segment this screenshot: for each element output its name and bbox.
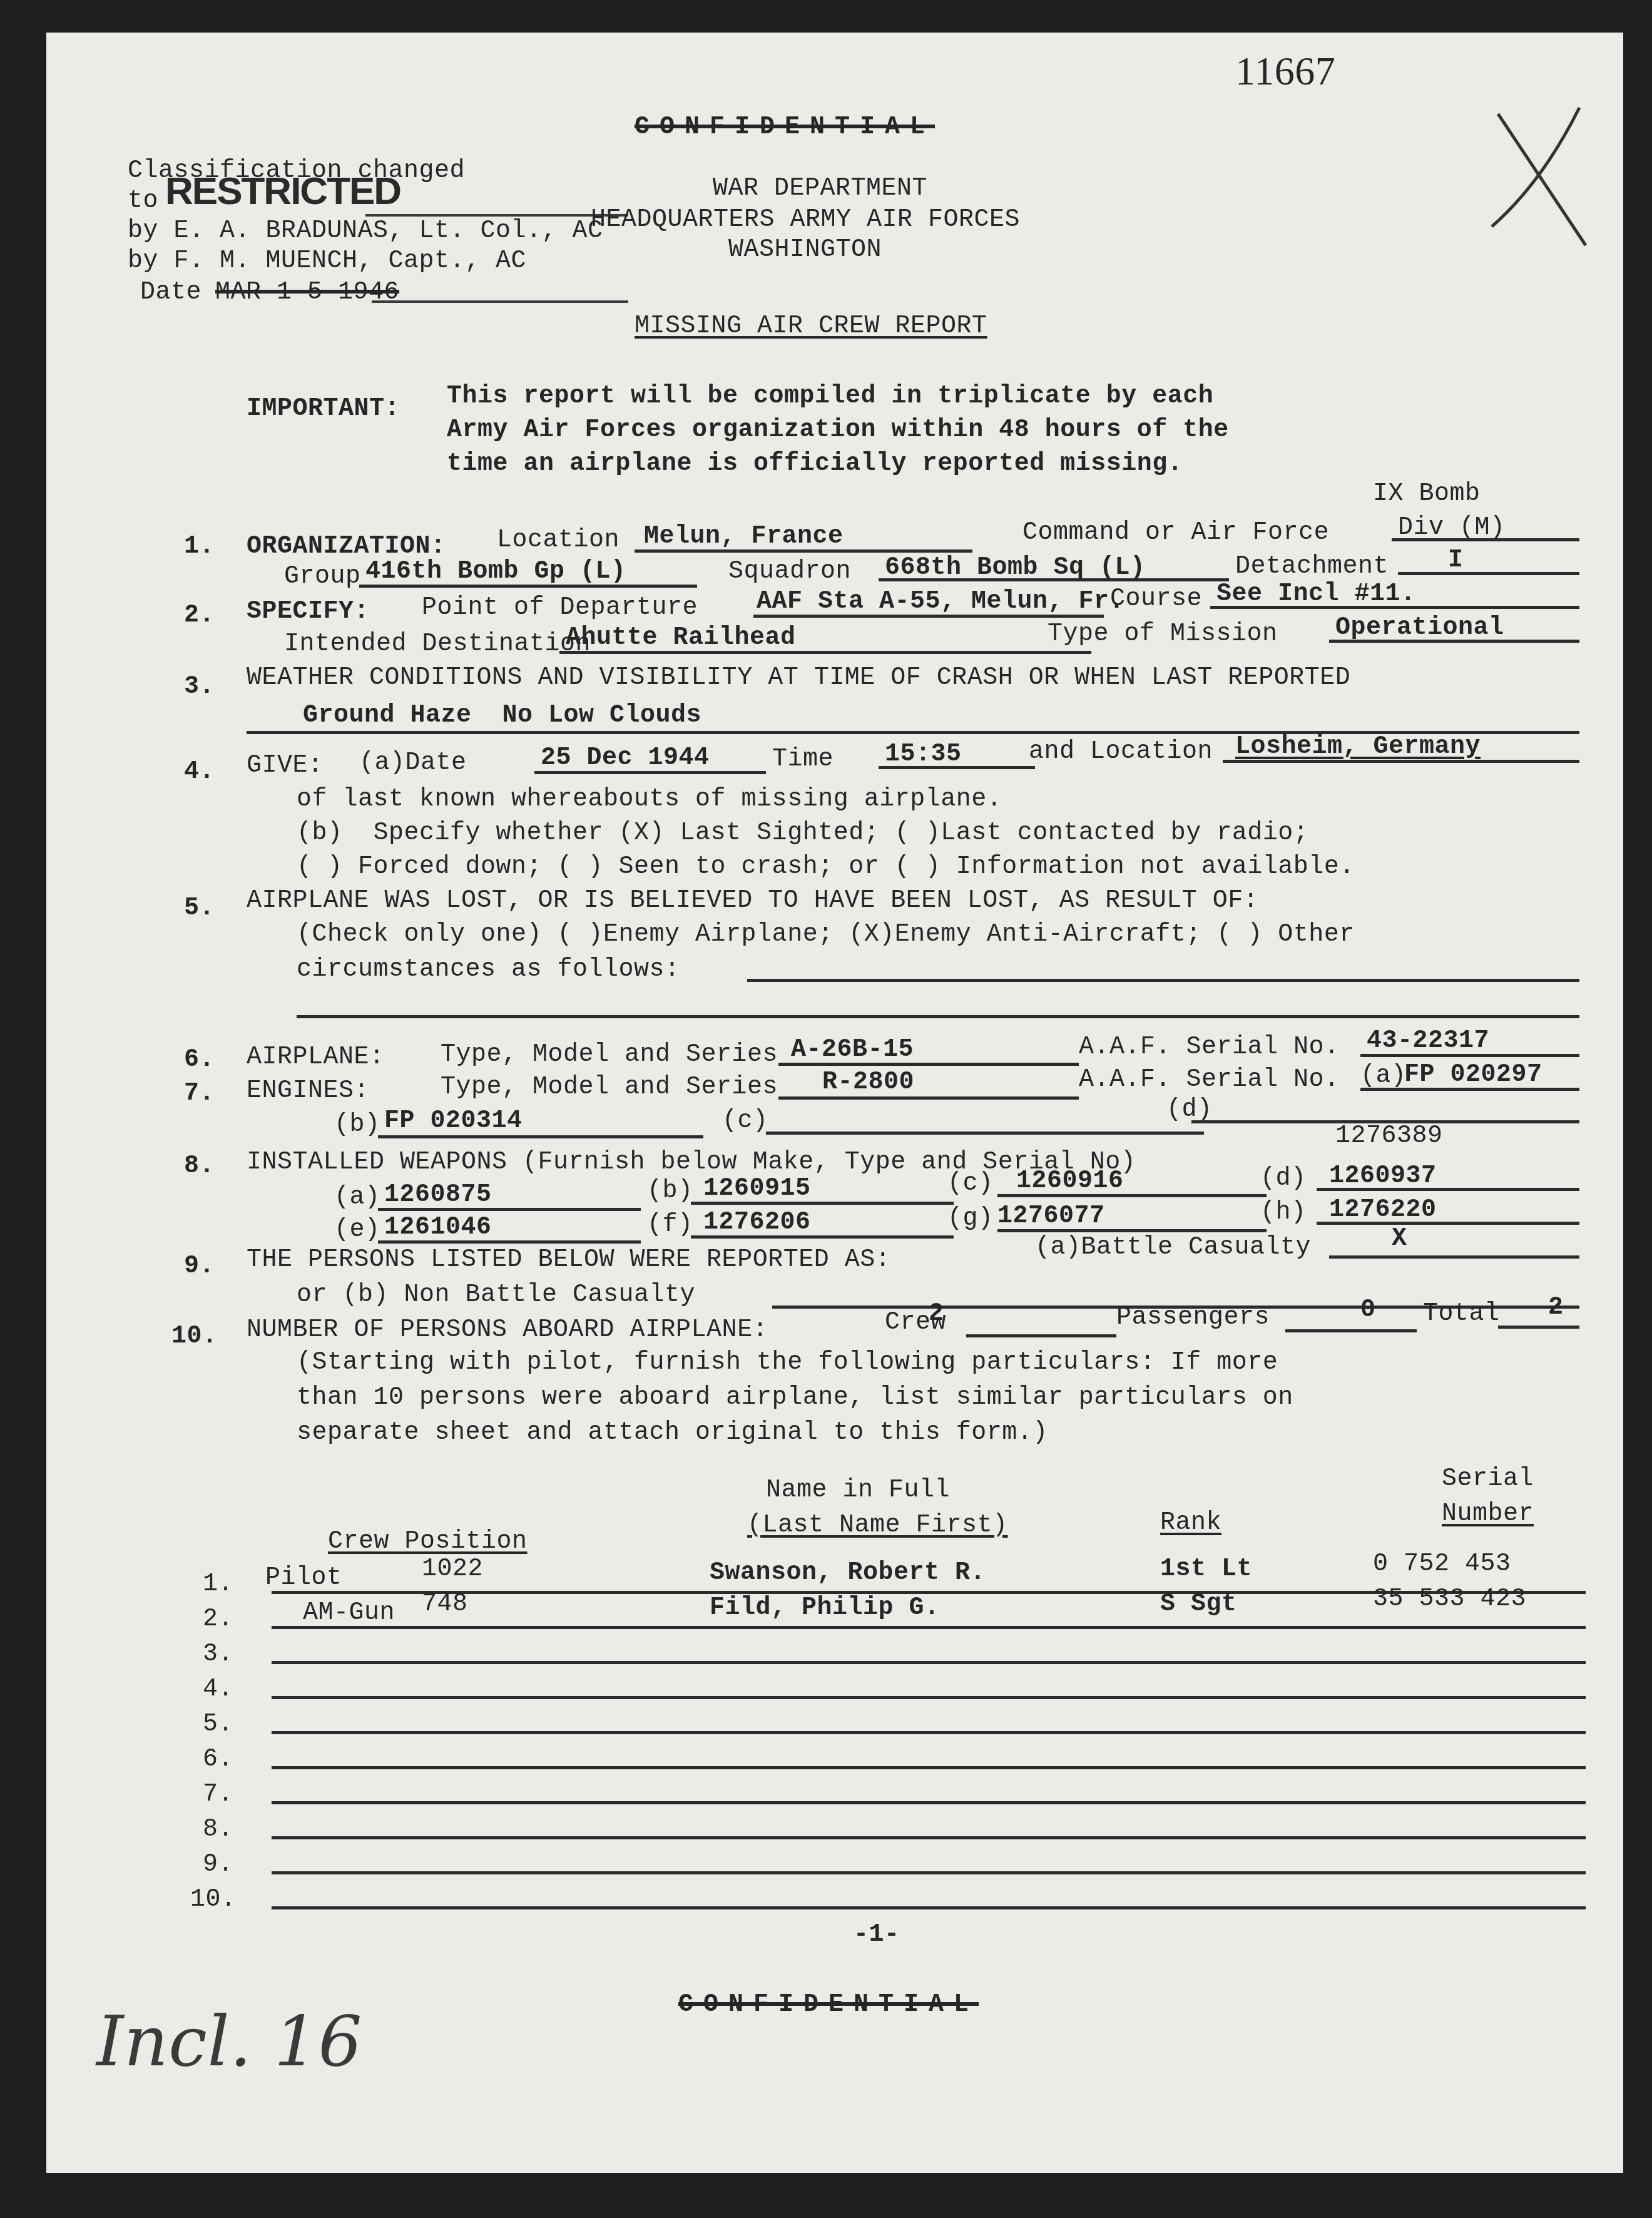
detachment-label: Detachment xyxy=(1235,553,1389,581)
weapon-f-field[interactable]: 1276206 xyxy=(703,1209,811,1237)
item-6-number: 6. xyxy=(184,1046,215,1074)
crew-row-line xyxy=(272,1871,1586,1874)
engines-label: ENGINES: xyxy=(247,1078,369,1105)
handwritten-x-mark-icon xyxy=(1486,95,1598,258)
important-line-3: time an airplane is officially reported … xyxy=(447,451,1183,478)
squadron-label: Squadron xyxy=(728,558,851,586)
airplane-serial-field[interactable]: 43-22317 xyxy=(1367,1028,1489,1055)
passengers-count-field[interactable]: 0 xyxy=(1360,1297,1376,1324)
engine-c-label: (c) xyxy=(722,1108,768,1135)
weapon-c-field[interactable]: 1260916 xyxy=(1016,1168,1124,1195)
crew-row-number: 7. xyxy=(203,1781,233,1809)
crew-code-field[interactable]: 748 xyxy=(422,1591,468,1618)
crew-serial-field[interactable]: 0 752 453 xyxy=(1373,1551,1511,1578)
crew-row-line xyxy=(272,1661,1586,1664)
crew-serial-field[interactable]: 35 533 423 xyxy=(1373,1586,1526,1613)
course-field[interactable]: See Incl #11. xyxy=(1216,581,1416,608)
departure-field[interactable]: AAF Sta A-55, Melun, Fr. xyxy=(757,588,1124,616)
item-4-number: 4. xyxy=(184,759,215,786)
non-battle-casualty-label: or (b) Non Battle Casualty xyxy=(297,1282,695,1309)
weapon-b-field[interactable]: 1260915 xyxy=(703,1175,811,1203)
item-7-number: 7. xyxy=(184,1080,215,1108)
crew-name-field[interactable]: Swanson, Robert R. xyxy=(710,1560,986,1587)
important-line-2: Army Air Forces organization within 48 h… xyxy=(447,417,1229,444)
destination-field[interactable]: Ahutte Railhead xyxy=(566,625,796,652)
organization-label: ORGANIZATION: xyxy=(247,533,446,561)
engines-serial-label: A.A.F. Serial No. xyxy=(1079,1066,1340,1094)
organization-location-field[interactable]: Melun, France xyxy=(644,523,844,551)
date-field-label: (a)Date xyxy=(359,750,467,777)
weapon-d-label: (d) xyxy=(1260,1165,1307,1193)
to-label: to xyxy=(128,188,158,215)
command-label: Command or Air Force xyxy=(1022,519,1329,547)
item-8-number: 8. xyxy=(184,1153,215,1180)
name-header-1: Name in Full xyxy=(766,1477,950,1505)
engines-tms-field[interactable]: R-2800 xyxy=(822,1069,914,1096)
page-number-stamp: 11667 xyxy=(1235,58,1335,85)
restricted-stamp: RESTRICTED xyxy=(165,178,400,205)
crew-code-field[interactable]: 1022 xyxy=(422,1556,483,1583)
total-count-field[interactable]: 2 xyxy=(1548,1294,1564,1322)
item-2-number: 2. xyxy=(184,602,215,630)
mission-label: Type of Mission xyxy=(1048,621,1278,648)
item-9-number: 9. xyxy=(184,1253,215,1280)
crew-row-line xyxy=(272,1906,1586,1909)
name-header-2: (Last Name First) xyxy=(747,1512,1008,1540)
persons-aboard-label: NUMBER OF PERSONS ABOARD AIRPLANE: xyxy=(247,1317,768,1344)
weapon-a-field[interactable]: 1260875 xyxy=(384,1182,492,1209)
mission-field[interactable]: Operational xyxy=(1335,615,1504,642)
rank-header: Rank xyxy=(1160,1510,1221,1537)
time-label: Time xyxy=(772,746,834,774)
passengers-label: Passengers xyxy=(1116,1304,1270,1332)
serial-header-2: Number xyxy=(1442,1501,1534,1528)
engines-tms-label: Type, Model and Series xyxy=(441,1074,778,1101)
important-line-1: This report will be compiled in triplica… xyxy=(447,383,1213,411)
detachment-field[interactable]: I xyxy=(1448,547,1464,575)
airplane-tms-field[interactable]: A-26B-15 xyxy=(791,1036,914,1064)
weapon-f-label: (f) xyxy=(647,1212,693,1239)
lost-reason-label: AIRPLANE WAS LOST, OR IS BELIEVED TO HAV… xyxy=(247,887,1258,915)
departure-label: Point of Departure xyxy=(422,595,698,622)
item-5-number: 5. xyxy=(184,895,215,922)
classification-bottom: CONFIDENTIAL xyxy=(678,1991,979,2019)
engine-b-label: (b) xyxy=(334,1112,380,1139)
page-number: -1- xyxy=(854,1921,900,1949)
crew-row-number: 3. xyxy=(203,1641,233,1669)
location-label: Location xyxy=(497,527,619,554)
loss-location-label: and Location xyxy=(1029,738,1213,766)
crew-row-number: 6. xyxy=(203,1746,233,1774)
engine-b-field[interactable]: FP 020314 xyxy=(384,1108,523,1135)
crew-row-line xyxy=(272,1731,1586,1734)
important-label: IMPORTANT: xyxy=(247,396,400,423)
document-page: 11667 CONFIDENTIAL Classification change… xyxy=(46,33,1623,2173)
weapon-g-label: (g) xyxy=(947,1205,994,1233)
airplane-label: AIRPLANE: xyxy=(247,1044,385,1071)
note-line-2: than 10 persons were aboard airplane, li… xyxy=(297,1384,1293,1412)
reported-as-label: THE PERSONS LISTED BELOW WERE REPORTED A… xyxy=(247,1247,890,1274)
crew-rank-field[interactable]: S Sgt xyxy=(1160,1591,1237,1618)
total-label: Total xyxy=(1423,1301,1500,1328)
weapon-e-field[interactable]: 1261046 xyxy=(384,1214,492,1242)
crew-row-number: 4. xyxy=(203,1676,233,1704)
crew-row-number: 2. xyxy=(203,1606,233,1633)
classification-top: CONFIDENTIAL xyxy=(635,114,935,141)
weapon-e-label: (e) xyxy=(334,1217,380,1244)
airplane-serial-label: A.A.F. Serial No. xyxy=(1079,1034,1340,1061)
weather-field[interactable]: Ground Haze No Low Clouds xyxy=(303,702,701,730)
weapon-h-field[interactable]: 1276220 xyxy=(1329,1197,1437,1224)
handwritten-enclosure-note: Incl. 16 xyxy=(96,2004,362,2079)
crew-row-number: 8. xyxy=(203,1816,233,1844)
item-3-number: 3. xyxy=(184,673,215,701)
crew-count-field[interactable]: 2 xyxy=(929,1301,944,1328)
item-10-number: 10. xyxy=(171,1323,218,1351)
crew-row-line xyxy=(272,1766,1586,1769)
war-department: WAR DEPARTMENT xyxy=(713,175,927,203)
crew-name-field[interactable]: Fild, Philip G. xyxy=(710,1595,940,1622)
weapon-extra-serial[interactable]: 1276389 xyxy=(1335,1123,1443,1150)
note-line-3: separate sheet and attach original to th… xyxy=(297,1419,1048,1447)
item-1-number: 1. xyxy=(184,533,215,561)
headquarters: HEADQUARTERS ARMY AIR FORCES xyxy=(591,207,1020,234)
specify-whether-text: (b) Specify whether (X) Last Sighted; ( … xyxy=(297,820,1308,847)
crew-row-number: 9. xyxy=(203,1851,233,1879)
battle-casualty-label: (a)Battle Casualty xyxy=(1035,1234,1311,1262)
weapon-b-label: (b) xyxy=(647,1178,693,1205)
weather-label: WEATHER CONDITIONS AND VISIBILITY AT TIM… xyxy=(247,665,1350,692)
weapon-a-label: (a) xyxy=(334,1184,380,1212)
changed-by-1: by E. A. BRADUNAS, Lt. Col., AC xyxy=(128,218,603,245)
crew-row-line xyxy=(272,1696,1586,1699)
crew-row-number: 5. xyxy=(203,1711,233,1739)
crew-position-header: Crew Position xyxy=(328,1528,528,1556)
specify-label: SPECIFY: xyxy=(247,598,369,626)
group-field[interactable]: 416th Bomb Gp (L) xyxy=(365,558,626,586)
airplane-tms-label: Type, Model and Series xyxy=(441,1041,778,1069)
command-line-1: IX Bomb xyxy=(1373,481,1481,508)
weapon-c-label: (c) xyxy=(947,1170,994,1198)
crew-row-number: 10. xyxy=(190,1886,237,1914)
destination-label: Intended Destination xyxy=(284,631,591,658)
forced-down-text: ( ) Forced down; ( ) Seen to crash; or (… xyxy=(297,854,1355,881)
weapon-g-field[interactable]: 1276077 xyxy=(997,1203,1105,1230)
time-field[interactable]: 15:35 xyxy=(885,741,962,769)
crew-row-line xyxy=(272,1626,1586,1629)
date-field[interactable]: 25 Dec 1944 xyxy=(541,745,710,772)
weapon-d-field[interactable]: 1260937 xyxy=(1329,1163,1437,1190)
crew-row-line xyxy=(272,1836,1586,1839)
battle-casualty-field[interactable]: X xyxy=(1392,1225,1407,1253)
serial-header-1: Serial xyxy=(1442,1466,1534,1493)
crew-row-number: 1. xyxy=(203,1571,233,1598)
crew-position-field[interactable]: Pilot xyxy=(265,1565,342,1592)
group-label: Group xyxy=(284,563,361,591)
circumstances-label: circumstances as follows: xyxy=(297,956,680,984)
note-line-1: (Starting with pilot, furnish the follow… xyxy=(297,1349,1278,1377)
engine-a-field[interactable]: FP 020297 xyxy=(1404,1061,1542,1089)
lost-reason-options: (Check only one) ( )Enemy Airplane; (X)E… xyxy=(297,921,1355,949)
report-title: MISSING AIR CREW REPORT xyxy=(635,313,987,340)
loss-location-field[interactable]: Losheim, Germany xyxy=(1235,733,1481,761)
washington: WASHINGTON xyxy=(728,237,882,264)
weapon-h-label: (h) xyxy=(1260,1199,1307,1227)
course-label: Course xyxy=(1110,586,1202,613)
crew-position-field[interactable]: AM-Gun xyxy=(303,1600,395,1627)
give-label: GIVE: xyxy=(247,752,324,780)
crew-row-line xyxy=(272,1801,1586,1804)
crew-rank-field[interactable]: 1st Lt xyxy=(1160,1556,1252,1583)
whereabouts-text: of last known whereabouts of missing air… xyxy=(297,786,1002,814)
engine-a-label: (a) xyxy=(1360,1063,1407,1090)
weapons-label: INSTALLED WEAPONS (Furnish below Make, T… xyxy=(247,1149,1136,1177)
date-label: Date xyxy=(140,279,201,307)
changed-by-2: by F. M. MUENCH, Capt., AC xyxy=(128,248,526,275)
